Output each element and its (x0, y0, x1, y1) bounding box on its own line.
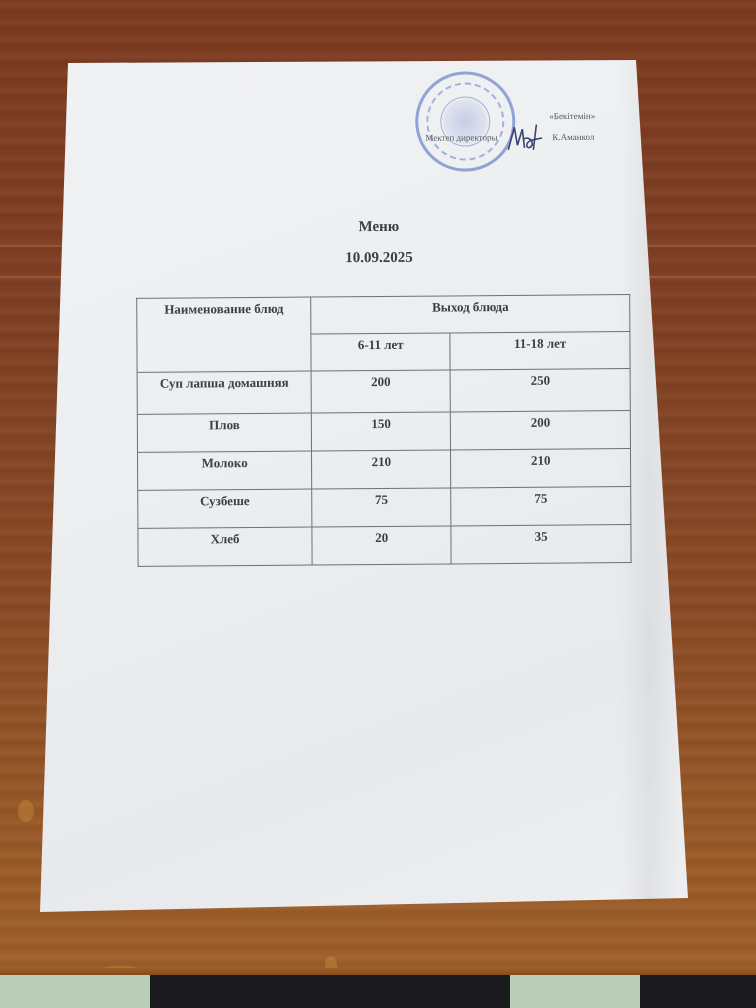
yield-11-18: 75 (451, 487, 631, 526)
yield-6-11: 20 (312, 526, 451, 565)
table-row: Плов 150 200 (137, 411, 630, 453)
dish-name: Молоко (138, 451, 312, 490)
yield-11-18: 210 (451, 449, 631, 488)
yield-11-18: 250 (450, 369, 630, 412)
director-name: К.Аманкол (552, 132, 594, 142)
dish-name: Сузбеше (138, 489, 312, 528)
approval-heading: «Бекітемін» (549, 111, 595, 121)
yield-6-11: 75 (312, 488, 451, 527)
yield-6-11: 210 (312, 450, 451, 489)
table-row: Сузбеше 75 75 (138, 487, 631, 529)
official-stamp-icon (415, 71, 516, 172)
yield-11-18: 35 (451, 525, 631, 564)
menu-table: Наименование блюд Выход блюда 6-11 лет 1… (136, 294, 631, 567)
yield-6-11: 200 (311, 370, 450, 413)
header-age-11-18: 11-18 лет (450, 332, 630, 370)
table-row: Хлеб 20 35 (138, 525, 631, 567)
yield-6-11: 150 (312, 412, 451, 451)
signature-icon (505, 121, 549, 155)
table-row: Суп лапша домашняя 200 250 (137, 369, 630, 415)
yield-11-18: 200 (451, 411, 631, 450)
header-age-6-11: 6-11 лет (311, 333, 450, 371)
dish-name: Суп лапша домашняя (137, 371, 311, 414)
dish-name: Плов (137, 413, 311, 452)
document-content: «Бекітемін» Мектеп директоры К.Аманкол М… (0, 0, 756, 1008)
table-row: Молоко 210 210 (138, 449, 631, 491)
director-position: Мектеп директоры (425, 132, 497, 142)
header-yield-group: Выход блюда (311, 295, 630, 335)
page-title: Меню (299, 219, 459, 237)
dish-name: Хлеб (138, 527, 312, 566)
header-dish-name: Наименование блюд (137, 297, 312, 372)
menu-date: 10.09.2025 (299, 250, 459, 268)
